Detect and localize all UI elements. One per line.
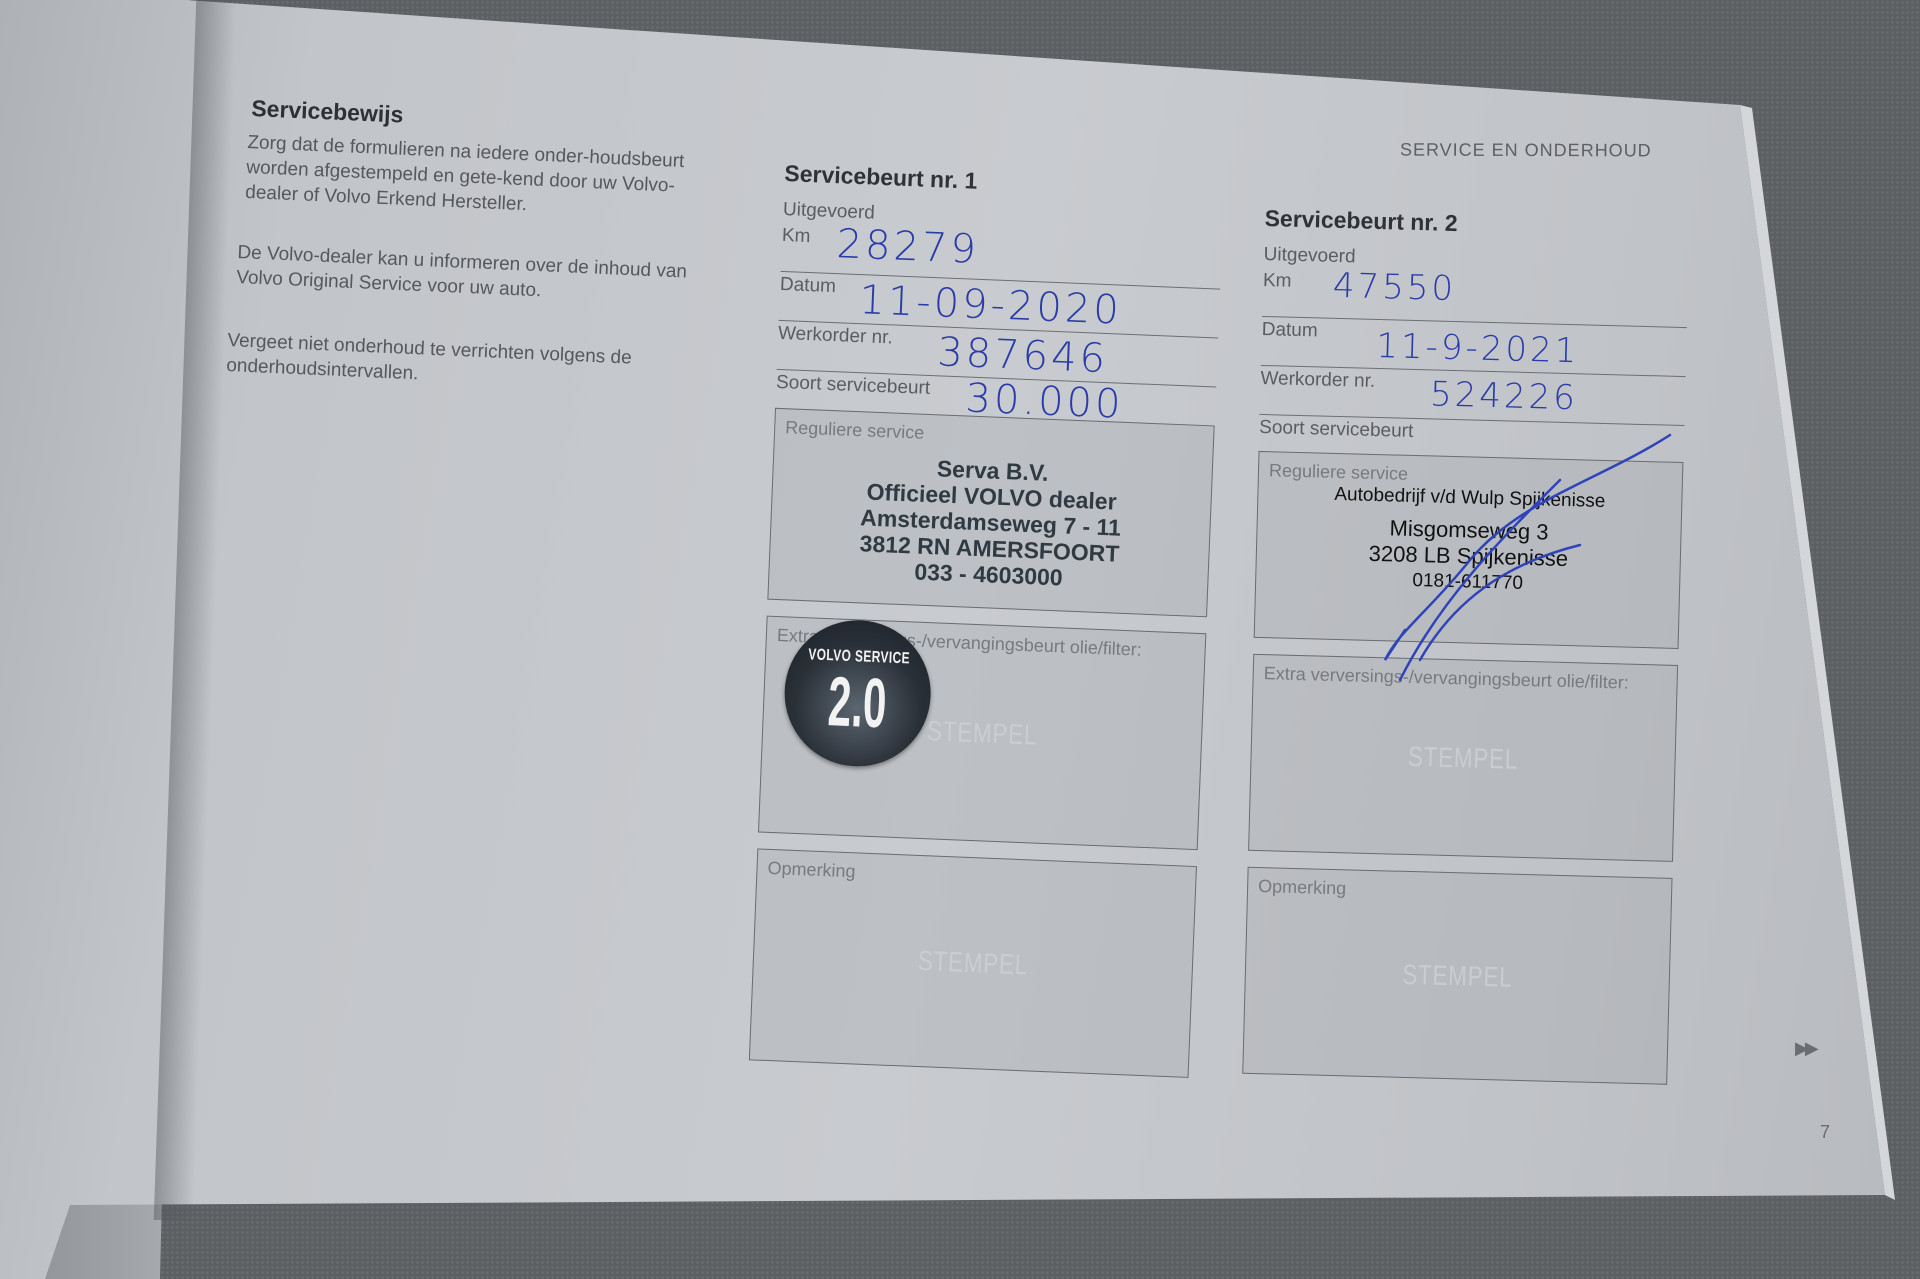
sticker-version: 2.0 [812, 661, 903, 744]
datum-label: Datum [780, 274, 837, 298]
intro-paragraph-3: Vergeet niet onderhoud te verrichten vol… [226, 328, 698, 398]
dealer-stamp: Serva B.V. Officieel VOLVO dealer Amster… [769, 449, 1212, 596]
soort-label: Soort servicebeurt [1259, 417, 1414, 443]
double-triangle-right-icon: ▶▶ [1795, 1038, 1815, 1058]
werkorder-value: 387646 [936, 329, 1108, 382]
soort-label: Soort servicebeurt [776, 372, 931, 400]
service-entry-2: Servicebeurt nr. 2 Uitgevoerd Km 47550 D… [1242, 205, 1690, 1085]
stempel-watermark: STEMPEL [1288, 955, 1627, 996]
reguliere-service-box: Reguliere service Autobedrijf v/d Wulp S… [1254, 451, 1684, 649]
opmerking-box: Opmerking STEMPEL [1242, 867, 1672, 1085]
km-value: 47550 [1332, 266, 1456, 309]
datum-label: Datum [1261, 319, 1318, 342]
intro-paragraph-1: Zorg dat de formulieren na iedere onder-… [245, 130, 718, 225]
box-label: Opmerking [1258, 876, 1347, 899]
reguliere-service-box: Reguliere service Serva B.V. Officieel V… [767, 408, 1214, 618]
page-number: 7 [1820, 1122, 1830, 1143]
werkorder-label: Werkorder nr. [778, 323, 894, 350]
box-label: Reguliere service [785, 417, 925, 444]
service-book-photo: Servicebewijs Zorg dat de formulieren na… [0, 0, 1920, 1279]
intro-title: Servicebewijs [251, 95, 404, 129]
km-label: Km [1263, 270, 1292, 293]
section-header: SERVICE EN ONDERHOUD [1400, 140, 1652, 162]
datum-value: 11-9-2021 [1376, 326, 1580, 371]
km-value: 28279 [836, 221, 980, 273]
intro-paragraph-2: De Volvo-dealer kan u informeren over de… [236, 240, 708, 310]
stempel-watermark: STEMPEL [1294, 737, 1633, 778]
extra-beurt-box: Extra verversings-/vervangingsbeurt olie… [758, 616, 1206, 850]
opmerking-box: Opmerking STEMPEL [749, 848, 1197, 1077]
service-entry-1: Servicebeurt nr. 1 Uitgevoerd Km 28279 D… [749, 160, 1225, 1078]
box-label: Extra verversings-/vervangingsbeurt olie… [1263, 663, 1629, 694]
box-label: Opmerking [767, 858, 856, 883]
stempel-watermark: STEMPEL [797, 940, 1148, 986]
werkorder-label: Werkorder nr. [1260, 368, 1375, 393]
extra-beurt-box: Extra verversings-/vervangingsbeurt olie… [1248, 654, 1678, 862]
service-title: Servicebeurt nr. 1 [784, 160, 1225, 205]
werkorder-value: 524226 [1430, 374, 1579, 418]
next-page-icon: ▶▶ [1795, 1038, 1815, 1059]
km-label: Km [782, 225, 811, 248]
stamp-line: Autobedrijf v/d Wulp Spijkenisse [1258, 480, 1682, 517]
dealer-stamp: Autobedrijf v/d Wulp Spijkenisse Misgoms… [1256, 480, 1682, 601]
service-title: Servicebeurt nr. 2 [1264, 205, 1690, 243]
